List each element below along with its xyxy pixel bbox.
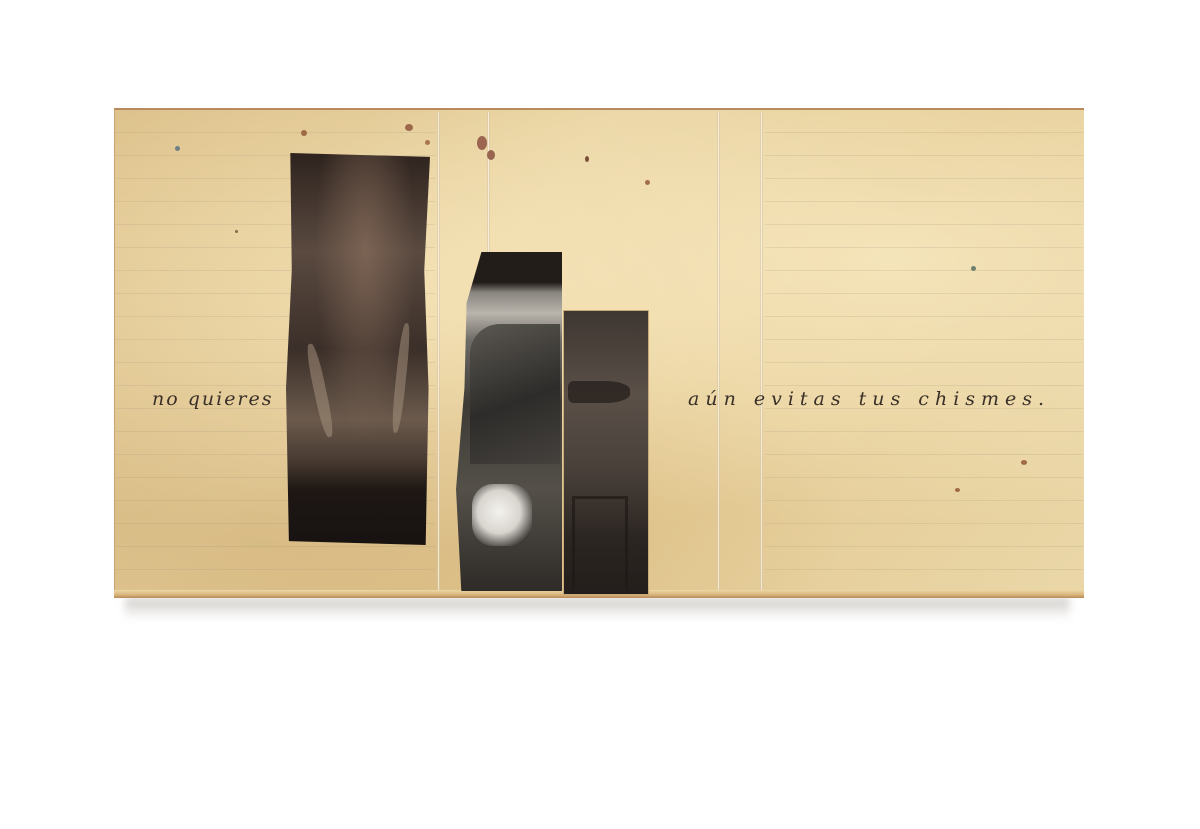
page-fold: [760, 112, 763, 590]
handwriting-right: aún evitas tus chismes.: [688, 388, 1050, 410]
paint-speck: [955, 488, 960, 492]
tree-trunk: [304, 343, 335, 438]
doorway: [572, 496, 628, 589]
book-shadow: [125, 598, 1070, 620]
paint-speck: [425, 140, 430, 145]
paint-speck: [405, 124, 413, 131]
paint-speck: [301, 130, 307, 136]
paint-speck: [235, 230, 238, 233]
tree-trunk: [390, 323, 411, 433]
photo-trees: [286, 153, 430, 545]
paint-speck: [1021, 460, 1027, 465]
photo-wall: [563, 310, 649, 595]
paint-speck: [971, 266, 976, 271]
car-mirror-flowers: [472, 484, 532, 546]
right-page-ruling: [765, 110, 1083, 598]
paint-speck: [645, 180, 650, 185]
page-fold: [437, 112, 440, 590]
page-fold: [717, 112, 720, 590]
photo-car: [456, 252, 562, 591]
paint-speck: [175, 146, 180, 151]
car-window: [470, 324, 560, 464]
paint-speck: [585, 156, 589, 162]
handwriting-left: no quieres: [152, 388, 274, 410]
paint-speck: [477, 136, 487, 150]
paint-speck: [487, 150, 495, 160]
pointing-hand-icon: [568, 381, 630, 403]
